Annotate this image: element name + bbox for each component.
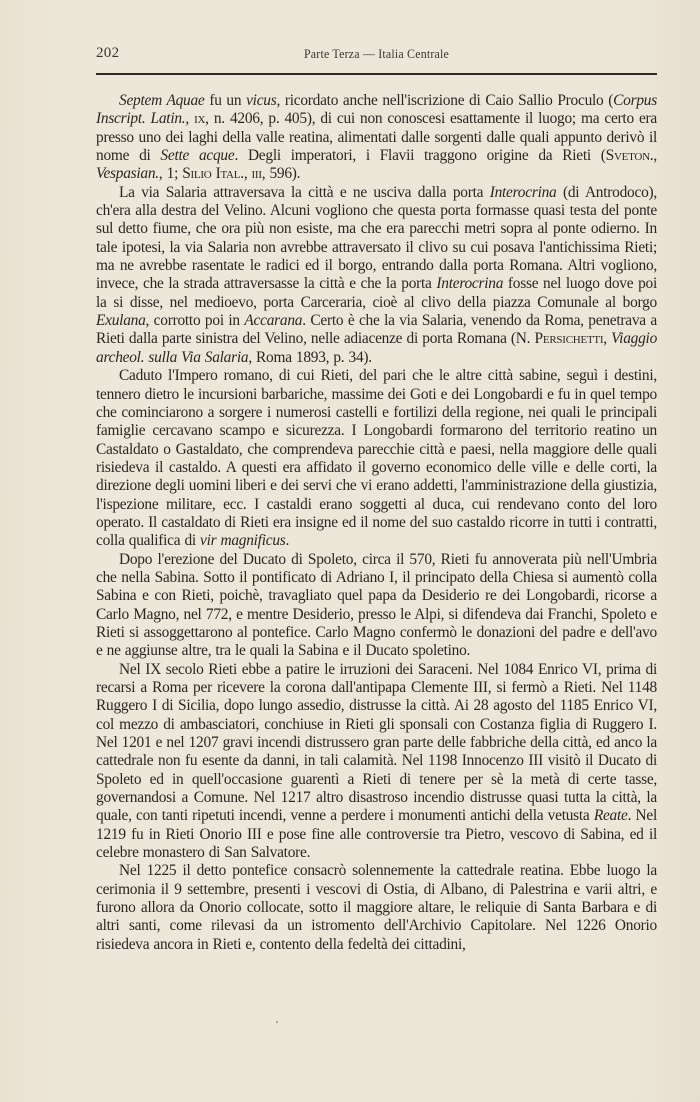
book-page: 202 Parte Terza — Italia Centrale Septem… (0, 0, 700, 1102)
paper-speck (276, 1021, 278, 1023)
italic-run: vir magnificus (200, 532, 286, 549)
running-title: Parte Terza — Italia Centrale (118, 46, 634, 62)
italic-run: Reate (594, 807, 628, 824)
paragraph-ducato-spoleto: Dopo l'erezione del Ducato di Spoleto, c… (96, 551, 657, 661)
paragraph-via-salaria: La via Salaria attraversava la città e n… (96, 184, 657, 367)
text-run: , (185, 110, 194, 127)
body-text: Septem Aquae fu un vicus, ricordato anch… (96, 92, 657, 954)
italic-run: Septem Aquae (119, 92, 205, 109)
text-run: , 596). (262, 165, 301, 182)
italic-run: Vespasian. (96, 165, 159, 182)
paragraph-ix-secolo: Nel IX secolo Rieti ebbe a patire le irr… (96, 661, 657, 863)
text-run: La via Salaria attraversava la città e n… (119, 184, 490, 201)
header-rule (96, 73, 657, 75)
italic-run: Interocrina (436, 275, 503, 292)
text-run: Nel IX secolo Rieti ebbe a patire le irr… (96, 661, 657, 825)
italic-run: Accarana (244, 312, 302, 329)
small-caps-run: Sveton. (606, 147, 654, 164)
text-run: . Degli imperatori, i Flavii traggono or… (234, 147, 605, 164)
italic-run: Exulana (96, 312, 146, 329)
small-caps-run: Silio Ital. (182, 165, 244, 182)
small-caps-run: ix (194, 110, 205, 127)
text-run: , (653, 147, 657, 164)
italic-run: Interocrina (490, 184, 557, 201)
text-run: fu un (205, 92, 247, 109)
text-run: , ricordato anche nell'iscrizione di Cai… (276, 92, 613, 109)
text-run: Dopo l'erezione del Ducato di Spoleto, c… (96, 551, 657, 660)
paragraph-1225-cattedrale: Nel 1225 il detto pontefice consacrò sol… (96, 862, 657, 954)
text-run: , 1; (159, 165, 182, 182)
text-run: , (603, 330, 611, 347)
text-run: , (244, 165, 252, 182)
text-run: , corrotto poi in (146, 312, 245, 329)
page-number: 202 (96, 45, 119, 62)
text-run: . (286, 532, 290, 549)
text-run: , Roma 1893, p. 34). (248, 349, 372, 366)
small-caps-run: iii (252, 165, 262, 182)
text-run: Nel 1225 il detto pontefice consacrò sol… (96, 862, 657, 952)
running-head: 202 Parte Terza — Italia Centrale (96, 45, 657, 65)
text-run: Caduto l'Impero romano, di cui Rieti, de… (96, 367, 657, 549)
italic-run: vicus (246, 92, 276, 109)
paragraph-impero-romano: Caduto l'Impero romano, di cui Rieti, de… (96, 367, 657, 550)
small-caps-run: Persichetti (535, 330, 604, 347)
paragraph-septem-aquae: Septem Aquae fu un vicus, ricordato anch… (96, 92, 657, 184)
italic-run: Sette acque (160, 147, 234, 164)
